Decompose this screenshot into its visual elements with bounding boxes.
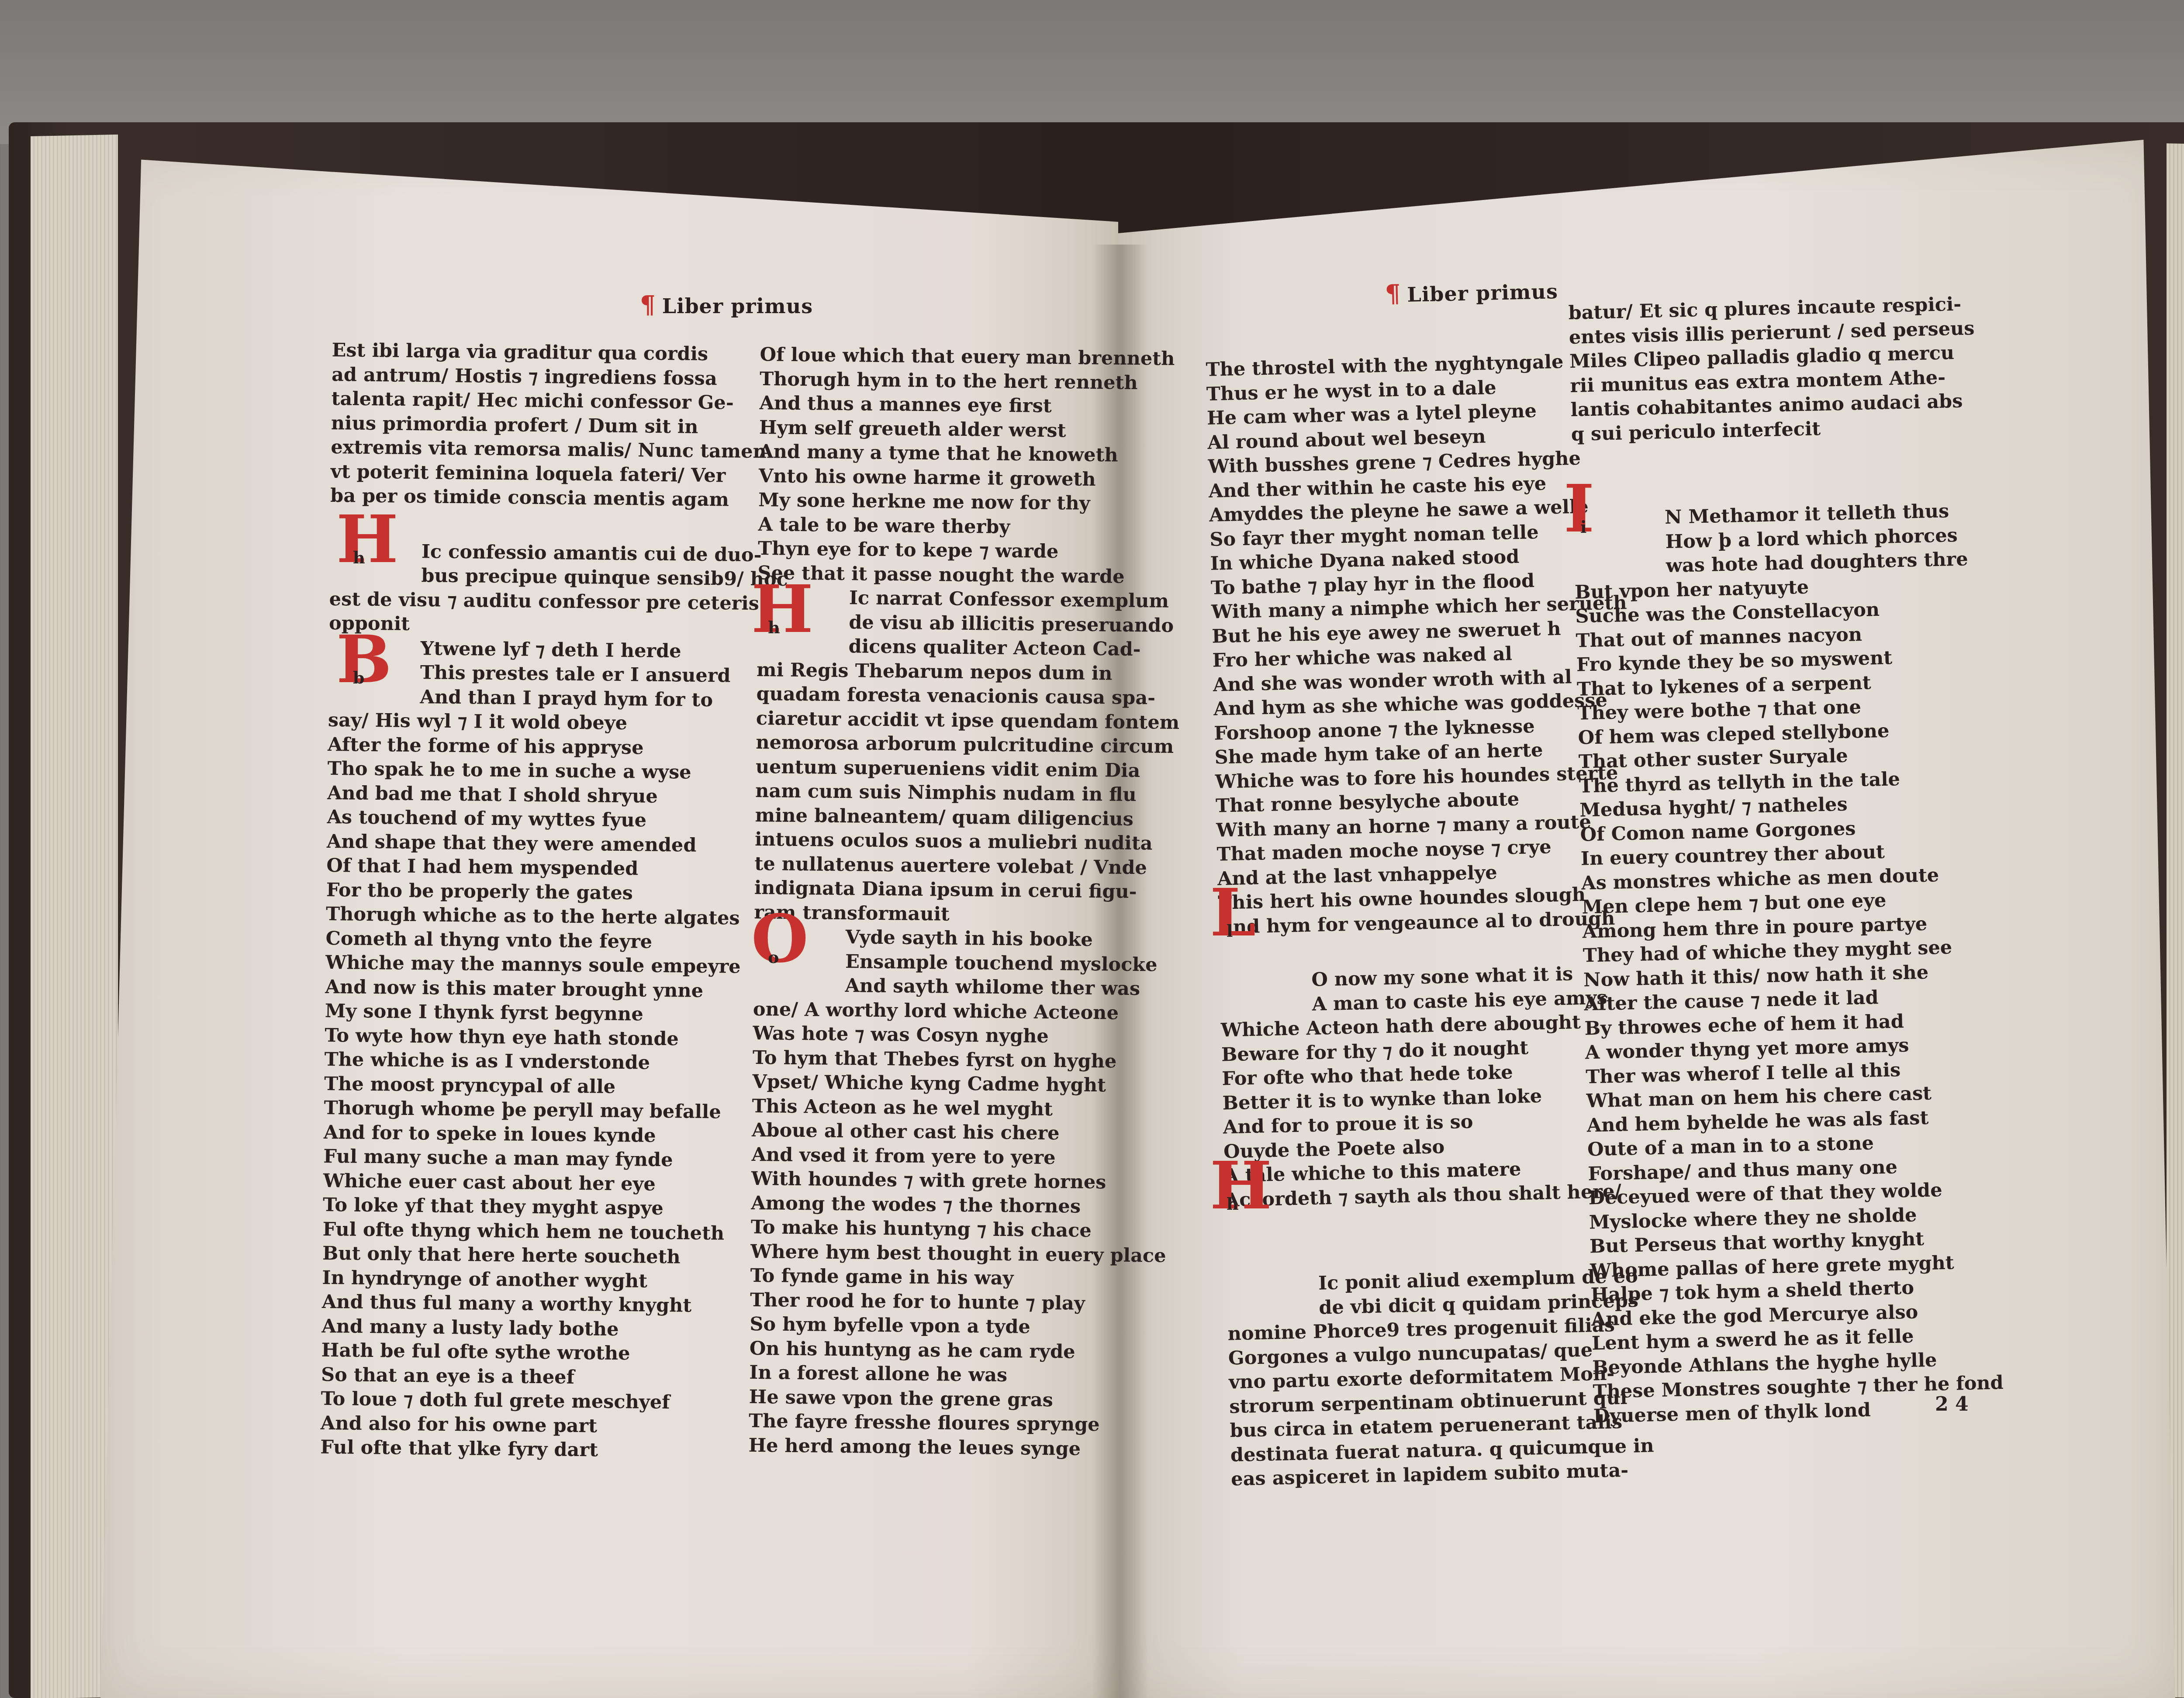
text-line: te nullatenus auertere volebat / Vnde	[754, 852, 1178, 880]
running-head-left: ¶Liber primus	[640, 290, 813, 319]
text-line: And many a tyme that he knoweth	[759, 440, 1182, 469]
text-line: And thus a mannes eye first	[759, 391, 1183, 420]
rubricated-initial-h: H h	[751, 576, 813, 642]
text-line: Ful ofte that ylke fyry dart	[320, 1436, 779, 1464]
text-line: nemorosa arborum pulcritudine circum	[756, 731, 1179, 759]
right-column-2: batur/ Et sic q plures incaute respici- …	[1568, 292, 2004, 1429]
text-line: de visu ab illicitis preseruando	[757, 609, 1181, 638]
text-line: With houndes ⁊ with grete hornes	[751, 1167, 1175, 1196]
text-line: Tho spak he to me in suche a wyse	[327, 757, 786, 786]
text-line: indignata Diana ipsum in cerui figu-	[754, 876, 1178, 905]
text-line: Thorugh whiche as to the herte algates	[326, 902, 784, 931]
text-line: To loue ⁊ doth ful grete meschyef	[321, 1387, 779, 1416]
text-line: Hath be ful ofte sythe wrothe	[321, 1339, 780, 1367]
text-line: To fynde game in his way	[750, 1264, 1174, 1293]
text-line: The whiche is as I vnderstonde	[324, 1048, 783, 1077]
text-line: Ful many suche a man may fynde	[323, 1145, 782, 1173]
text-line: He sawe vpon the grene gras	[749, 1385, 1172, 1414]
text-line: Thorugh whome þe peryll may befalle	[324, 1096, 782, 1125]
text-line: In a forest allone he was	[749, 1361, 1173, 1390]
text-line: My sone I thynk fyrst begynne	[325, 999, 784, 1028]
text-line: And thus ful many a worthy knyght	[322, 1290, 781, 1319]
rubricated-initial-h: H h	[1210, 1153, 1272, 1218]
rubricated-initial-l: L l	[1210, 880, 1256, 946]
text-line: ciaretur accidit vt ipse quendam fontem	[756, 706, 1180, 735]
text-line: As touchend of my wyttes fyue	[327, 805, 785, 834]
folio-signature-mark: 2 4	[1935, 1393, 1969, 1415]
guide-letter: h	[1227, 1171, 1239, 1237]
text-line: Whiche may the mannys soule empeyre	[325, 951, 784, 980]
text-line: uentum superueniens vidit enim Dia	[756, 755, 1179, 783]
text-line: Of that I had hem myspended	[326, 854, 785, 883]
text-line: And sayth whilome ther was	[753, 973, 1177, 1002]
left-column-2: Of loue which that euery man brenneth Th…	[748, 343, 1183, 1462]
text-line: On his huntyng as he cam ryde	[750, 1336, 1173, 1365]
text-line: My sone herkne me now for thy	[758, 488, 1182, 517]
text-line: To loke yf that they myght aspye	[323, 1193, 781, 1222]
text-line: Aboue al other cast his chere	[752, 1118, 1175, 1147]
text-line: Thorugh hym in to the hert renneth	[760, 367, 1183, 396]
text-line: talenta rapit/ Hec michi confessor Ge-	[331, 387, 790, 416]
text-line: A tale to be ware therby	[758, 512, 1182, 541]
rubricated-initial-i: I i	[1564, 476, 1594, 542]
text-line: Ensample touchend myslocke	[753, 949, 1177, 977]
text-line: opponit	[329, 611, 788, 640]
text-line: say/ His wyl ⁊ I it wold obeye	[328, 708, 787, 737]
rubricated-initial-h: H h	[336, 507, 398, 572]
text-line: To make his huntyng ⁊ his chace	[750, 1215, 1174, 1244]
text-line: He herd among the leues synge	[748, 1433, 1172, 1462]
text-line: Ic narrat Confessor exemplum	[757, 585, 1181, 614]
text-line: nam cum suis Nimphis nudam in flu	[755, 779, 1179, 808]
page-block-edge-left	[31, 135, 118, 1698]
running-head-right: ¶Liber primus	[1385, 276, 1558, 308]
text-line: Was hote ⁊ was Cosyn nyghe	[753, 1022, 1176, 1050]
rubricated-initial-b: B b	[336, 627, 392, 692]
text-line: mi Regis Thebarum nepos dum in	[757, 658, 1180, 687]
guide-letter: i	[1580, 494, 1586, 560]
text-line: quadam foresta venacionis causa spa-	[756, 682, 1180, 711]
text-line: Vnto his owne harme it groweth	[759, 464, 1182, 493]
text-line: See that it passe nought the warde	[757, 561, 1181, 590]
text-line: dicens qualiter Acteon Cad-	[757, 634, 1180, 663]
text-line: Vyde sayth in his booke	[753, 925, 1177, 953]
text-line: intuens oculos suos a muliebri nudita	[755, 828, 1178, 856]
text-line: Vpset/ Whiche kyng Cadme hyght	[752, 1070, 1176, 1099]
text-line: Hym self greueth alder werst	[759, 415, 1183, 444]
pilcrow-icon: ¶	[1385, 279, 1401, 308]
text-line: Est ibi larga via graditur qua cordis	[332, 338, 790, 367]
text-line: This Acteon as he wel myght	[752, 1094, 1175, 1123]
text-line: And vsed it from yere to yere	[751, 1142, 1175, 1171]
text-line: mine balneantem/ quam diligencius	[755, 803, 1178, 832]
text-line: Among the wodes ⁊ the thornes	[751, 1191, 1175, 1220]
text-line: So hym byfelle vpon a tyde	[750, 1312, 1173, 1341]
guide-letter: h	[768, 595, 780, 660]
text-line: Ther rood he for to hunte ⁊ play	[750, 1288, 1174, 1317]
text-line: one/ A worthy lord whiche Acteone	[753, 997, 1177, 1026]
text-line: Thyn eye for to kepe ⁊ warde	[758, 537, 1182, 566]
running-head-text: Liber primus	[1407, 280, 1559, 307]
guide-letter: l	[1227, 898, 1233, 964]
text-line: But only that here herte soucheth	[322, 1242, 781, 1270]
text-line: To hym that Thebes fyrst on hyghe	[753, 1046, 1176, 1074]
text-line: extremis vita remorsa malis/ Nunc tamen	[331, 435, 789, 464]
text-line: Where hym best thought in euery place	[750, 1239, 1174, 1268]
rubricated-initial-o: O o	[751, 906, 809, 972]
guide-letter: h	[353, 525, 365, 590]
guide-letter: b	[353, 645, 365, 711]
text-line: ram transformauit	[754, 900, 1178, 929]
text-line: Of loue which that euery man brenneth	[760, 343, 1183, 372]
running-head-text: Liber primus	[662, 294, 813, 318]
pilcrow-icon: ¶	[640, 290, 656, 319]
text-line: The fayre fresshe floures sprynge	[749, 1409, 1172, 1438]
guide-letter: o	[768, 925, 779, 990]
text-line: ba per os timide conscia mentis agam	[330, 484, 789, 513]
